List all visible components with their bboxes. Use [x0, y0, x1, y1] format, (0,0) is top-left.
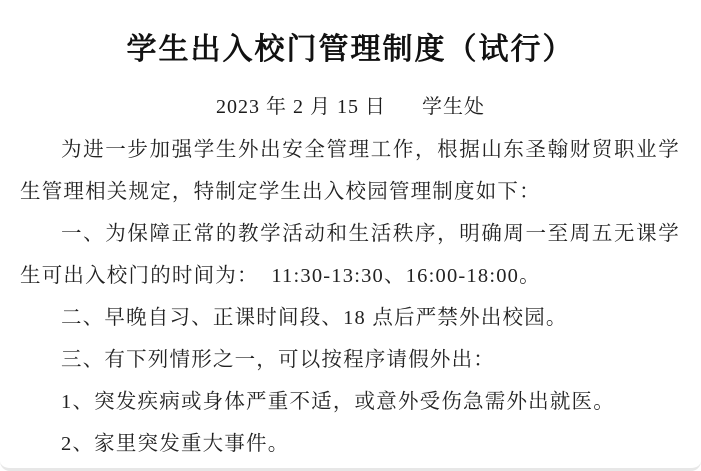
case-2-paragraph: 2、家里突发重大事件。 — [20, 423, 680, 465]
document-title: 学生出入校门管理制度（试行） — [0, 0, 701, 68]
document-department: 学生处 — [422, 96, 485, 118]
case-1-paragraph: 1、突发疾病或身体严重不适，或意外受伤急需外出就医。 — [20, 381, 680, 423]
document-page: 学生出入校门管理制度（试行） 2023 年 2 月 15 日 学生处 为进一步加… — [0, 0, 701, 471]
rule-3-paragraph: 三、有下列情形之一，可以按程序请假外出： — [20, 339, 680, 381]
document-dateline: 2023 年 2 月 15 日 学生处 — [0, 90, 701, 119]
document-date: 2023 年 2 月 15 日 — [216, 96, 386, 118]
rule-2-paragraph: 二、早晚自习、正课时间段、18 点后严禁外出校园。 — [20, 297, 680, 339]
rule-1-paragraph: 一、为保障正常的教学活动和生活秩序，明确周一至周五无课学生可出入校门的时间为： … — [20, 213, 680, 297]
document-body: 为进一步加强学生外出安全管理工作，根据山东圣翰财贸职业学生管理相关规定，特制定学… — [0, 119, 701, 465]
intro-paragraph: 为进一步加强学生外出安全管理工作，根据山东圣翰财贸职业学生管理相关规定，特制定学… — [20, 129, 680, 213]
